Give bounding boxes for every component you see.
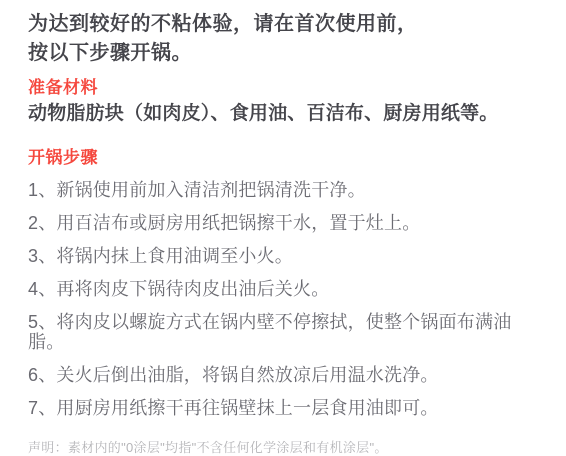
steps-section-heading: 开锅步骤 (28, 148, 546, 167)
intro-line-2: 按以下步骤开锅。 (28, 39, 546, 68)
step-item-5: 5、将肉皮以螺旋方式在锅内壁不停擦拭，使整个锅面布满油脂。 (28, 312, 546, 352)
materials-list-text: 动物脂肪块（如肉皮）、食用油、百洁布、厨房用纸等。 (28, 103, 546, 125)
intro-text: 为达到较好的不粘体验，请在首次使用前， 按以下步骤开锅。 (28, 10, 546, 68)
step-item-2: 2、用百洁布或厨房用纸把锅擦干水，置于灶上。 (28, 213, 546, 233)
intro-line-1: 为达到较好的不粘体验，请在首次使用前， (28, 10, 546, 39)
steps-list: 1、新锅使用前加入清洁剂把锅清洗干净。 2、用百洁布或厨房用纸把锅擦干水，置于灶… (28, 180, 546, 418)
pan-seasoning-instructions-page: 为达到较好的不粘体验，请在首次使用前， 按以下步骤开锅。 准备材料 动物脂肪块（… (0, 0, 566, 456)
step-item-7: 7、用厨房用纸擦干再往锅壁抹上一层食用油即可。 (28, 398, 546, 418)
step-item-4: 4、再将肉皮下锅待肉皮出油后关火。 (28, 279, 546, 299)
step-item-6: 6、关火后倒出油脂，将锅自然放凉后用温水洗净。 (28, 365, 546, 385)
step-item-3: 3、将锅内抹上食用油调至小火。 (28, 246, 546, 266)
step-item-1: 1、新锅使用前加入清洁剂把锅清洗干净。 (28, 180, 546, 200)
materials-section-heading: 准备材料 (28, 78, 546, 97)
disclaimer-text: 声明：素材内的"0涂层"均指"不含任何化学涂层和有机涂层"。 (28, 440, 546, 456)
